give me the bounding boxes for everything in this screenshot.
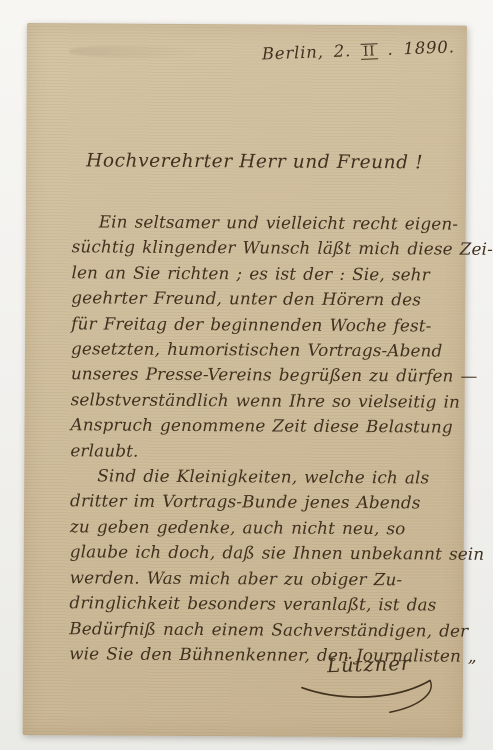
body-line: zu geben gedenke, auch nicht neu, so <box>70 514 466 542</box>
body-line: Anspruch genommene Zeit diese Belastung <box>70 413 466 441</box>
body-line: len an Sie richten ; es ist der : Sie, s… <box>71 260 467 288</box>
body-line: dritter im Vortrags-Bunde jenes Abends <box>70 489 466 517</box>
body-line: erlaubt. <box>70 438 466 466</box>
body-line: Ein seltsamer und vielleicht recht eigen… <box>72 209 468 237</box>
body-line: werden. Was mich aber zu obiger Zu- <box>70 565 466 593</box>
faint-pencil-mark <box>69 45 199 58</box>
body-line: für Freitag der beginnenden Woche fest- <box>71 311 467 339</box>
body-line: unseres Presse-Vereins begrüßen zu dürfe… <box>71 362 467 390</box>
body-line: geehrter Freund, unter den Hörern des <box>71 285 467 313</box>
body-line: Bedürfniß nach einem Sachverständigen, d… <box>69 616 465 644</box>
dateline-month-roman: II <box>361 43 378 60</box>
body-line: süchtig klingender Wunsch läßt mich dies… <box>72 235 468 263</box>
body-line: selbstverständlich wenn Ihre so vielseit… <box>71 387 467 415</box>
letter-body: Ein seltsamer und vielleicht recht eigen… <box>69 209 468 669</box>
dateline-day: 2. <box>333 41 351 61</box>
body-line: dringlichkeit besonders veranlaßt, ist d… <box>69 590 465 618</box>
body-line: Sind die Kleinigkeiten, welche ich als <box>70 463 466 491</box>
letter-scan: Berlin, 2. II . 1890. Hochverehrter Herr… <box>0 0 493 750</box>
salutation: Hochverehrter Herr und Freund ! <box>86 150 421 173</box>
dateline-separator: . <box>387 40 394 59</box>
body-line: gesetzten, humoristischen Vortrags-Abend <box>71 336 467 364</box>
signature-block: Lützner <box>289 653 449 717</box>
dateline-year: 1890. <box>403 37 455 58</box>
dateline: Berlin, 2. II . 1890. <box>258 37 455 64</box>
dateline-place: Berlin, <box>262 42 324 63</box>
signature-name: Lützner <box>327 652 412 677</box>
body-line: glaube ich doch, daß sie Ihnen unbekannt… <box>70 540 466 568</box>
letter-paper: Berlin, 2. II . 1890. Hochverehrter Herr… <box>23 23 467 738</box>
signature-flourish-stroke <box>294 672 444 717</box>
